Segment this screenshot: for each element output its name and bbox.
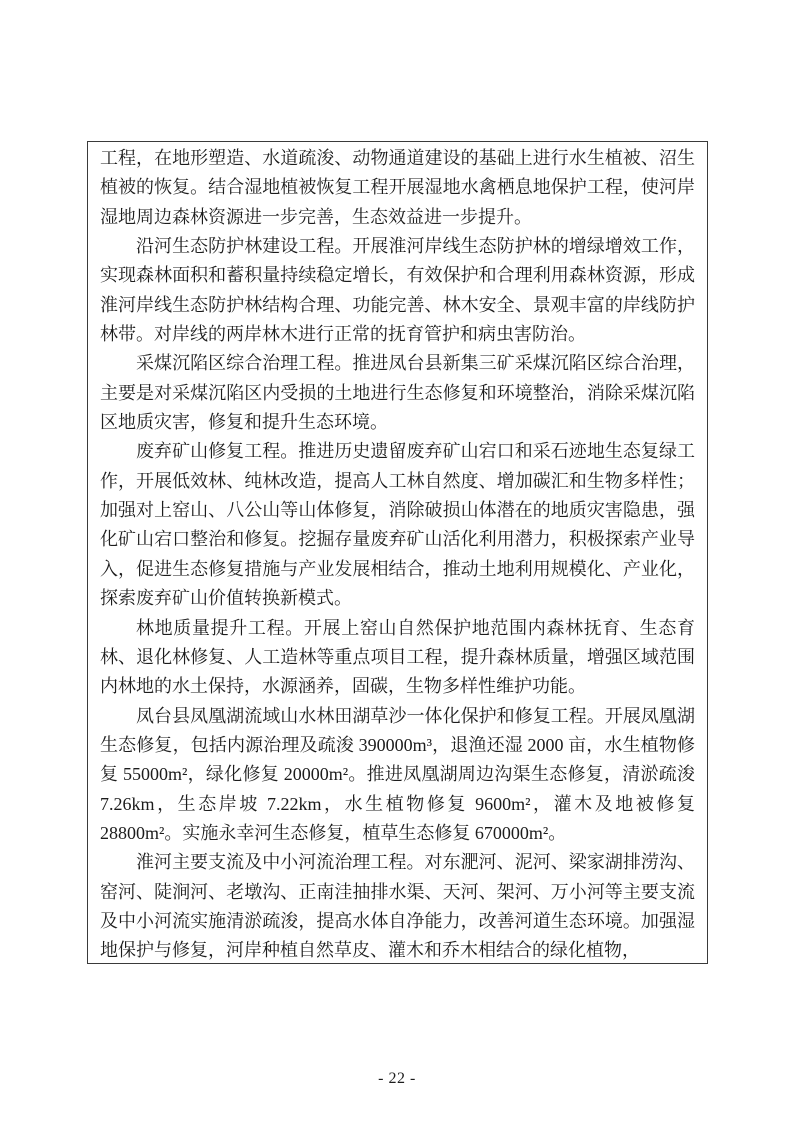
paragraph-abandoned-mine-restoration: 废弃矿山修复工程。推进历史遗留废弃矿山宕口和采石迹地生态复绿工作，开展低效林、纯…: [100, 437, 695, 613]
content-table-cell: 工程，在地形塑造、水道疏浚、动物通道建设的基础上进行水生植被、沼生植被的恢复。结…: [87, 141, 708, 964]
paragraph-coal-mining-subsidence-treatment: 采煤沉陷区综合治理工程。推进凤台县新集三矿采煤沉陷区综合治理，主要是对采煤沉陷区…: [100, 349, 695, 437]
page-number: - 22 -: [0, 1070, 794, 1088]
paragraph-forest-quality-improvement: 林地质量提升工程。开展上窑山自然保护地范围内森林抚育、生态育林、退化林修复、人工…: [100, 614, 695, 702]
paragraph-wetland-restoration-continued: 工程，在地形塑造、水道疏浚、动物通道建设的基础上进行水生植被、沼生植被的恢复。结…: [100, 144, 695, 232]
paragraph-riverside-protection-forest: 沿河生态防护林建设工程。开展淮河岸线生态防护林的增绿增效工作，实现森林面积和蓄积…: [100, 232, 695, 349]
document-page: 工程，在地形塑造、水道疏浚、动物通道建设的基础上进行水生植被、沼生植被的恢复。结…: [0, 0, 794, 1123]
paragraph-huaihe-tributaries-treatment: 淮河主要支流及中小河流治理工程。对东淝河、泥河、梁家湖排涝沟、窑河、陡涧河、老墩…: [100, 848, 695, 964]
paragraph-fenghuang-lake-restoration: 凤台县凤凰湖流域山水林田湖草沙一体化保护和修复工程。开展凤凰湖生态修复，包括内源…: [100, 702, 695, 849]
